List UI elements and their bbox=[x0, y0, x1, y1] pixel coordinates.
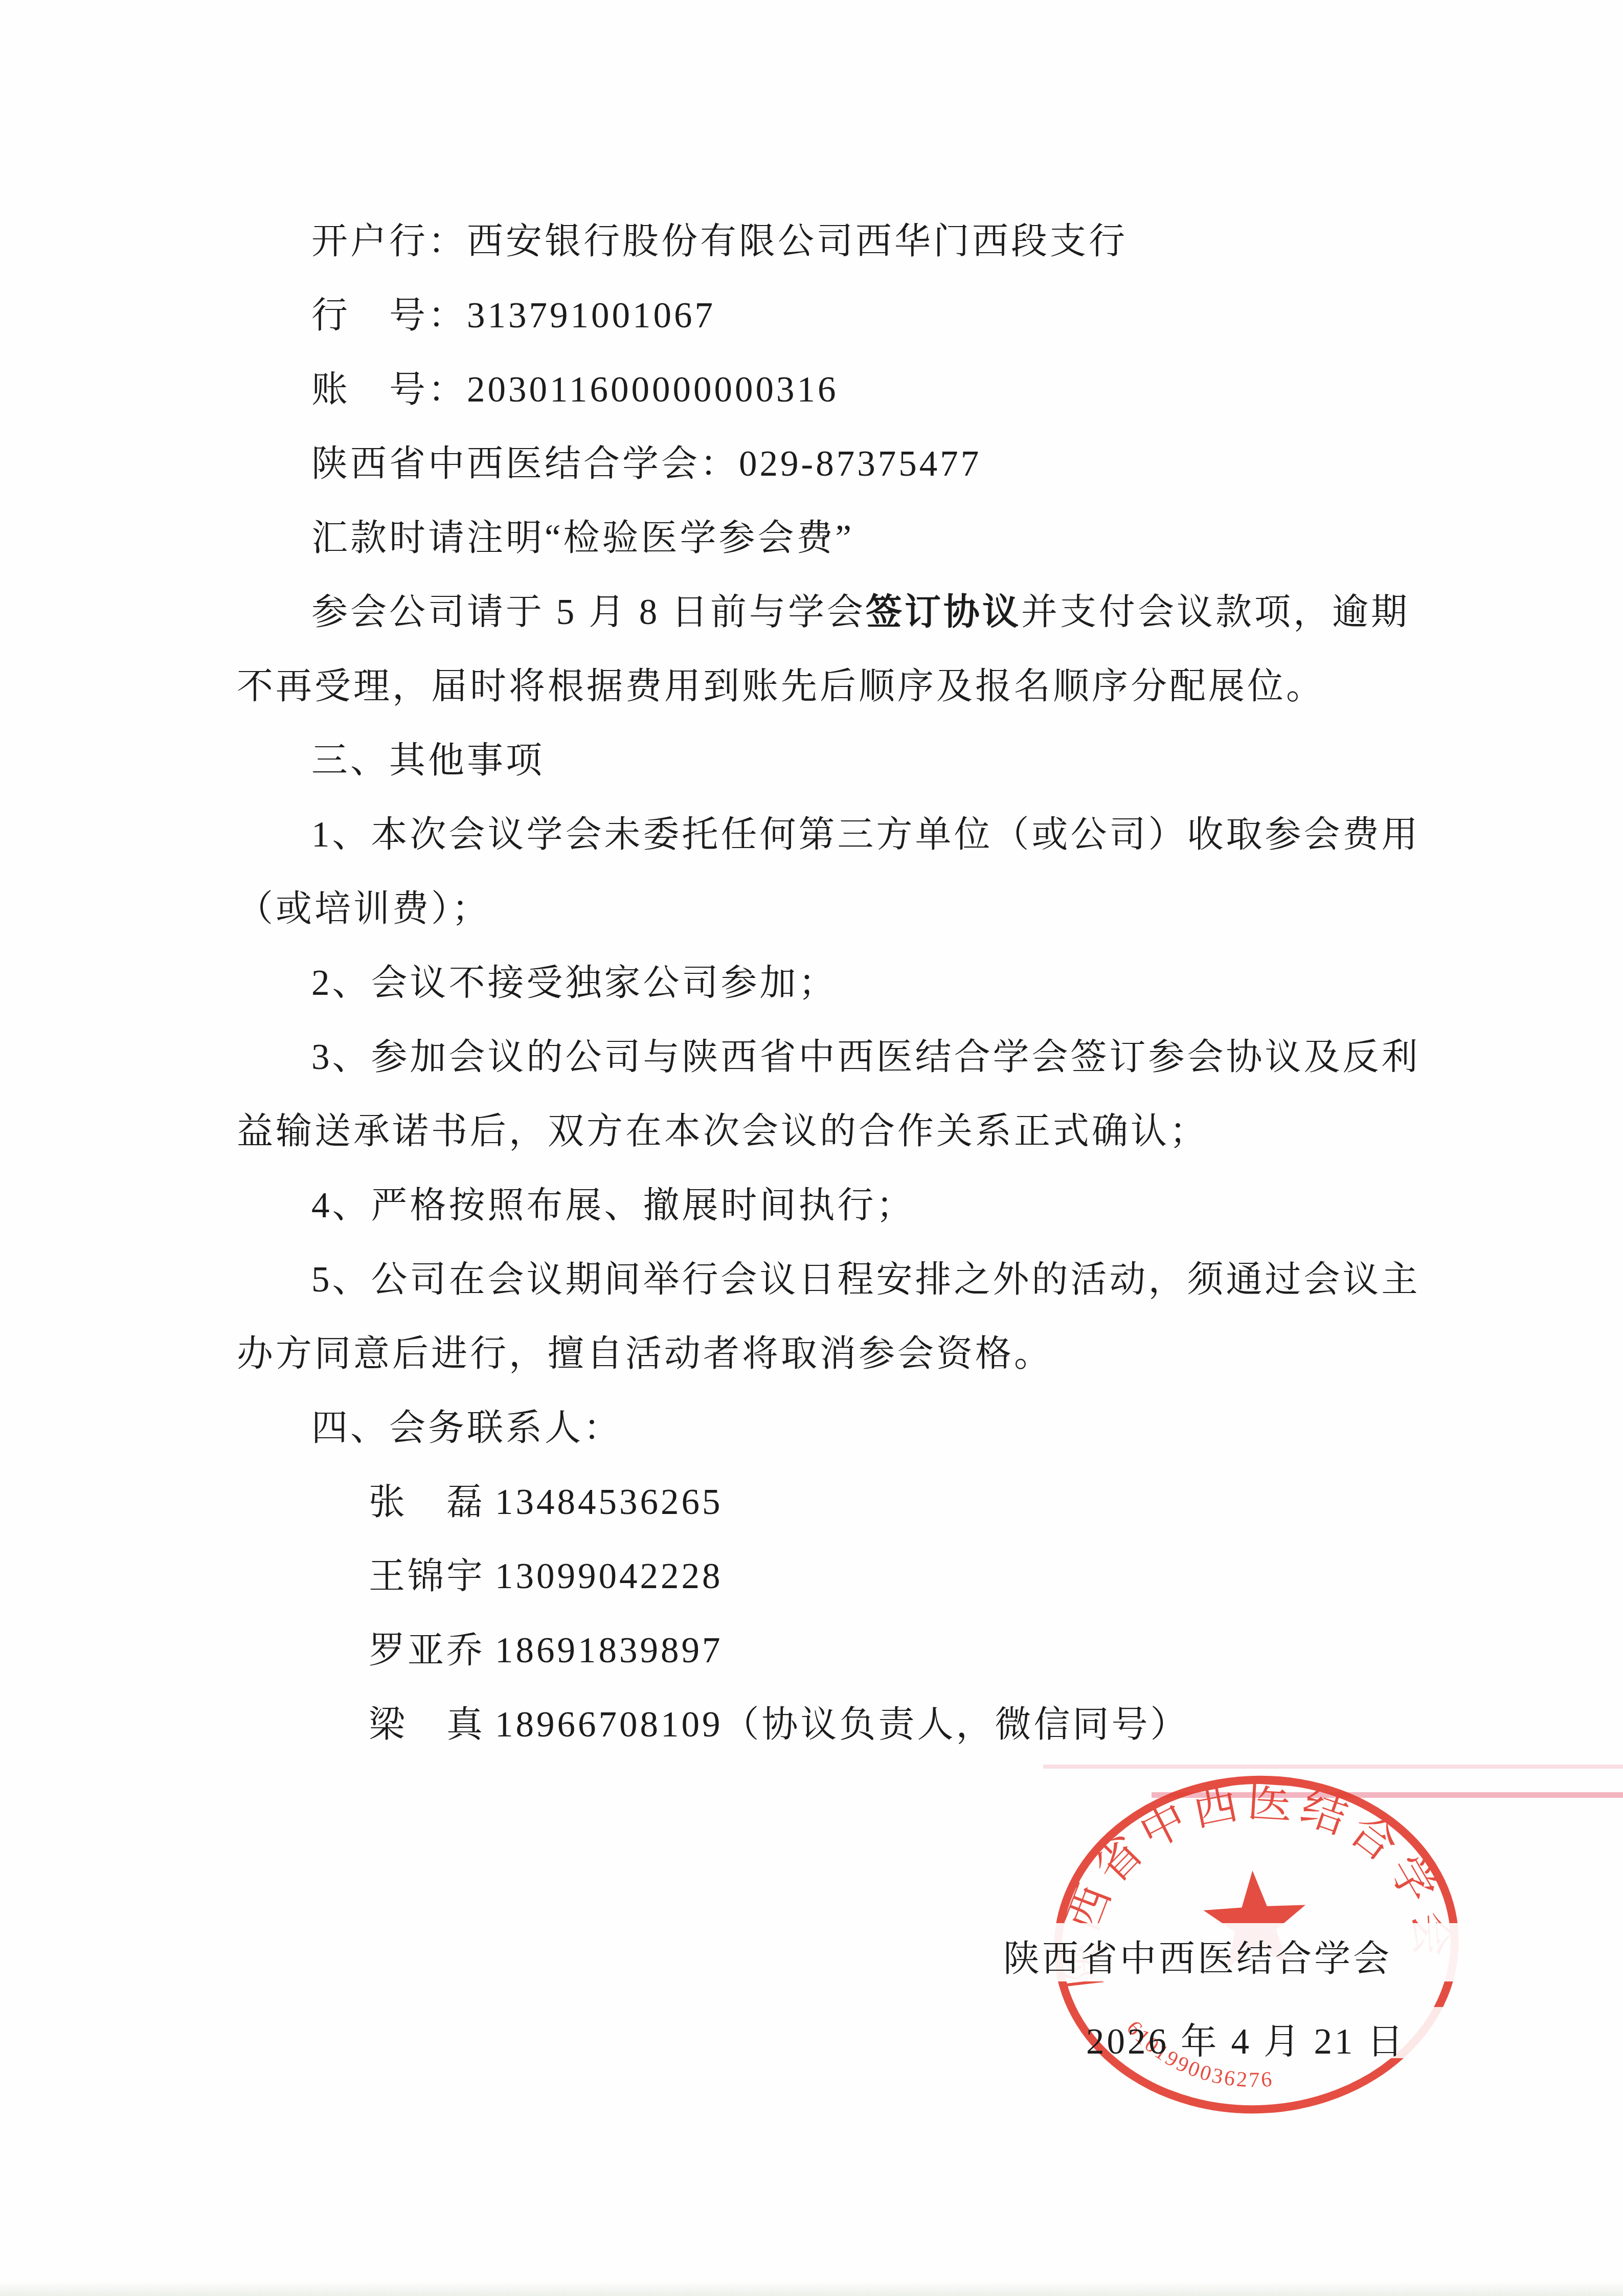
contact-name: 王锦宇 bbox=[369, 1540, 474, 1614]
branch-no-value: 313791001067 bbox=[467, 296, 715, 336]
society-phone-line: 陕西省中西医结合学会：029-87375477 bbox=[237, 427, 1433, 501]
contact-row: 张 磊13484536265 bbox=[237, 1465, 1433, 1540]
scan-edge-artifact bbox=[0, 2282, 1623, 2296]
branch-no-line: 行 号：313791001067 bbox=[237, 279, 1433, 353]
scan-artifact-line bbox=[1043, 1765, 1623, 1769]
contact-phone: 18691839897 bbox=[495, 1614, 723, 1688]
remittance-note-line: 汇款时请注明“检验医学参会费” bbox=[237, 501, 1433, 575]
account-no-value: 203011600000000316 bbox=[467, 370, 838, 410]
signature-org: 陕西省中西医结合学会 bbox=[1003, 1929, 1392, 1981]
contact-phone: 18966708109 bbox=[495, 1688, 723, 1762]
other-item-2: 2、会议不接受独家公司参加； bbox=[237, 946, 1433, 1020]
section-other-heading: 三、其他事项 bbox=[237, 724, 1433, 798]
contact-row: 罗亚乔18691839897 bbox=[237, 1614, 1433, 1688]
section-contacts-heading: 四、会务联系人： bbox=[237, 1391, 1433, 1465]
branch-no-label: 行 号： bbox=[311, 296, 467, 336]
deadline-post: 并支付会议款项，逾期 bbox=[1021, 592, 1410, 632]
other-item-5-line-1: 5、公司在会议期间举行会议日程安排之外的活动，须通过会议主 bbox=[237, 1243, 1433, 1317]
contact-name: 张 磊 bbox=[369, 1465, 474, 1540]
other-item-1-line-2: （或培训费）； bbox=[237, 872, 1433, 946]
deadline-bold: 签订协议 bbox=[866, 592, 1021, 632]
contact-row: 梁 真18966708109（协议负责人，微信同号） bbox=[237, 1688, 1433, 1762]
contact-name: 梁 真 bbox=[369, 1688, 474, 1762]
society-phone-value: 029-87375477 bbox=[739, 444, 981, 484]
contact-note: （协议负责人，微信同号） bbox=[723, 1688, 1189, 1762]
deadline-line-2: 不再受理，届时将根据费用到账先后顺序及报名顺序分配展位。 bbox=[237, 650, 1433, 724]
other-item-3-line-2: 益输送承诺书后，双方在本次会议的合作关系正式确认； bbox=[237, 1095, 1433, 1169]
other-item-1-line-1: 1、本次会议学会未委托任何第三方单位（或公司）收取参会费用 bbox=[237, 798, 1433, 872]
signature-date: 2026 年 4 月 21 日 bbox=[1086, 2012, 1406, 2064]
contact-row: 王锦宇13099042228 bbox=[237, 1540, 1433, 1614]
bank-name-label: 开户行： bbox=[311, 221, 467, 261]
other-item-5-line-2: 办方同意后进行，擅自活动者将取消参会资格。 bbox=[237, 1317, 1433, 1391]
other-item-3-line-1: 3、参加会议的公司与陕西省中西医结合学会签订参会协议及反利 bbox=[237, 1020, 1433, 1095]
other-item-4: 4、严格按照布展、撤展时间执行； bbox=[237, 1169, 1433, 1243]
document-page: 开户行：西安银行股份有限公司西华门西段支行 行 号：313791001067 账… bbox=[0, 0, 1623, 2296]
bank-name-line: 开户行：西安银行股份有限公司西华门西段支行 bbox=[237, 205, 1433, 279]
account-no-line: 账 号：203011600000000316 bbox=[237, 353, 1433, 427]
deadline-pre: 参会公司请于 5 月 8 日前与学会 bbox=[311, 592, 866, 632]
contact-phone: 13099042228 bbox=[495, 1540, 723, 1614]
contact-phone: 13484536265 bbox=[495, 1465, 723, 1540]
account-no-label: 账 号： bbox=[311, 370, 467, 410]
document-body: 开户行：西安银行股份有限公司西华门西段支行 行 号：313791001067 账… bbox=[237, 205, 1433, 1762]
contact-name: 罗亚乔 bbox=[369, 1614, 474, 1688]
society-phone-label: 陕西省中西医结合学会： bbox=[311, 444, 739, 484]
bank-name-value: 西安银行股份有限公司西华门西段支行 bbox=[467, 221, 1128, 261]
deadline-line-1: 参会公司请于 5 月 8 日前与学会签订协议并支付会议款项，逾期 bbox=[237, 575, 1433, 650]
